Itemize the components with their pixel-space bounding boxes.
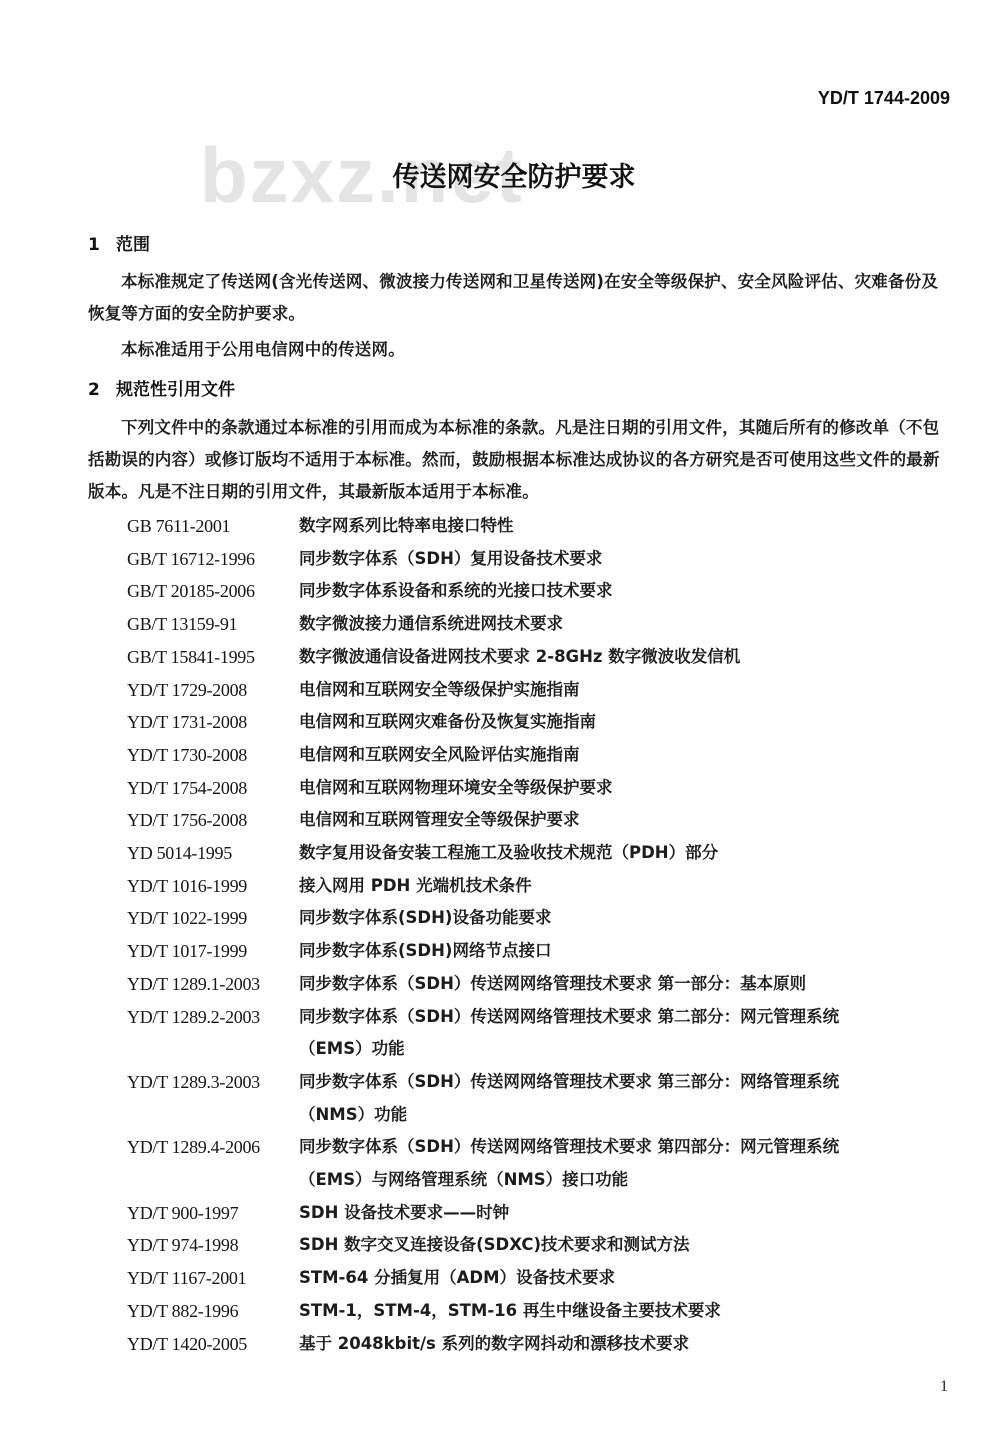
reference-title: 同步数字体系(SDH)设备功能要求 [299, 902, 957, 935]
reference-title: STM-1，STM-4，STM-16 再生中继设备主要技术要求 [299, 1295, 957, 1328]
reference-title: 同步数字体系（SDH）复用设备技术要求 [299, 543, 957, 576]
reference-code: YD/T 1420-2005 [127, 1328, 299, 1361]
reference-code: GB/T 15841-1995 [127, 641, 299, 674]
reference-title-line: 电信网和互联网安全等级保护实施指南 [299, 674, 957, 707]
reference-code: YD/T 1017-1999 [127, 935, 299, 968]
reference-title: STM-64 分插复用（ADM）设备技术要求 [299, 1262, 957, 1295]
reference-title-line: 同步数字体系（SDH）传送网网络管理技术要求 第四部分：网元管理系统 [299, 1131, 957, 1164]
section-number: 2 [88, 380, 116, 400]
section-title: 规范性引用文件 [116, 380, 235, 400]
reference-title-line: 同步数字体系设备和系统的光接口技术要求 [299, 575, 957, 608]
reference-title-line: SDH 设备技术要求——时钟 [299, 1197, 957, 1230]
reference-title-line: STM-64 分插复用（ADM）设备技术要求 [299, 1262, 957, 1295]
reference-title-line: 电信网和互联网管理安全等级保护要求 [299, 804, 957, 837]
reference-code: YD/T 900-1997 [127, 1197, 299, 1230]
reference-title-line: 数字网系列比特率电接口特性 [299, 510, 957, 543]
reference-item: GB/T 20185-2006同步数字体系设备和系统的光接口技术要求 [127, 575, 957, 608]
reference-item: YD/T 1420-2005基于 2048kbit/s 系列的数字网抖动和漂移技… [127, 1328, 957, 1361]
reference-title-line: 同步数字体系（SDH）传送网网络管理技术要求 第一部分：基本原则 [299, 968, 957, 1001]
reference-title: 电信网和互联网安全等级保护实施指南 [299, 674, 957, 707]
section-number: 1 [88, 235, 116, 255]
reference-item: YD/T 974-1998SDH 数字交叉连接设备(SDXC)技术要求和测试方法 [127, 1229, 957, 1262]
reference-title-line: （EMS）与网络管理系统（NMS）接口功能 [299, 1164, 957, 1197]
reference-title: 同步数字体系设备和系统的光接口技术要求 [299, 575, 957, 608]
reference-code: YD/T 1756-2008 [127, 804, 299, 837]
reference-item: GB/T 16712-1996同步数字体系（SDH）复用设备技术要求 [127, 543, 957, 576]
reference-title: 数字微波接力通信系统进网技术要求 [299, 608, 957, 641]
reference-code: GB/T 20185-2006 [127, 575, 299, 608]
reference-item: YD/T 1729-2008电信网和互联网安全等级保护实施指南 [127, 674, 957, 707]
reference-title: 接入网用 PDH 光端机技术条件 [299, 870, 957, 903]
reference-title-line: 电信网和互联网物理环境安全等级保护要求 [299, 772, 957, 805]
reference-item: YD/T 1754-2008电信网和互联网物理环境安全等级保护要求 [127, 772, 957, 805]
reference-item: YD/T 1016-1999接入网用 PDH 光端机技术条件 [127, 870, 957, 903]
reference-item: YD/T 1289.4-2006同步数字体系（SDH）传送网网络管理技术要求 第… [127, 1131, 957, 1196]
reference-code: YD/T 1731-2008 [127, 706, 299, 739]
reference-title-line: SDH 数字交叉连接设备(SDXC)技术要求和测试方法 [299, 1229, 957, 1262]
reference-title: 电信网和互联网管理安全等级保护要求 [299, 804, 957, 837]
reference-title: 同步数字体系（SDH）传送网网络管理技术要求 第一部分：基本原则 [299, 968, 957, 1001]
reference-title-line: 电信网和互联网安全风险评估实施指南 [299, 739, 957, 772]
reference-code: GB/T 13159-91 [127, 608, 299, 641]
reference-title: SDH 数字交叉连接设备(SDXC)技术要求和测试方法 [299, 1229, 957, 1262]
reference-code: GB/T 16712-1996 [127, 543, 299, 576]
reference-item: YD 5014-1995数字复用设备安装工程施工及验收技术规范（PDH）部分 [127, 837, 957, 870]
reference-code: YD/T 1022-1999 [127, 902, 299, 935]
reference-code: YD/T 1016-1999 [127, 870, 299, 903]
standard-code: YD/T 1744-2009 [818, 88, 950, 109]
section-heading-scope: 1范围 [88, 230, 150, 255]
reference-code: YD/T 1754-2008 [127, 772, 299, 805]
reference-title-line: 数字复用设备安装工程施工及验收技术规范（PDH）部分 [299, 837, 957, 870]
reference-title-line: STM-1，STM-4，STM-16 再生中继设备主要技术要求 [299, 1295, 957, 1328]
reference-code: YD/T 1289.3-2003 [127, 1066, 299, 1099]
reference-code: YD/T 1289.1-2003 [127, 968, 299, 1001]
reference-item: YD/T 1017-1999同步数字体系(SDH)网络节点接口 [127, 935, 957, 968]
reference-title-line: 数字微波通信设备进网技术要求 2-8GHz 数字微波收发信机 [299, 641, 957, 674]
reference-code: YD/T 1730-2008 [127, 739, 299, 772]
reference-code: YD/T 1289.4-2006 [127, 1131, 299, 1164]
reference-title-line: 同步数字体系（SDH）复用设备技术要求 [299, 543, 957, 576]
reference-code: YD/T 1729-2008 [127, 674, 299, 707]
reference-title: 同步数字体系（SDH）传送网网络管理技术要求 第四部分：网元管理系统（EMS）与… [299, 1131, 957, 1196]
reference-code: YD/T 1289.2-2003 [127, 1001, 299, 1034]
reference-title: 电信网和互联网物理环境安全等级保护要求 [299, 772, 957, 805]
reference-code: YD/T 882-1996 [127, 1295, 299, 1328]
reference-item: YD/T 1289.2-2003同步数字体系（SDH）传送网网络管理技术要求 第… [127, 1001, 957, 1066]
reference-title-line: 同步数字体系（SDH）传送网网络管理技术要求 第三部分：网络管理系统 [299, 1066, 957, 1099]
reference-code: GB 7611-2001 [127, 510, 299, 543]
document-title: 传送网安全防护要求 [0, 155, 1000, 194]
reference-code: YD/T 1167-2001 [127, 1262, 299, 1295]
references-intro-paragraph: 下列文件中的条款通过本标准的引用而成为本标准的条款。凡是注日期的引用文件，其随后… [88, 412, 950, 508]
reference-title-line: 同步数字体系（SDH）传送网网络管理技术要求 第二部分：网元管理系统 [299, 1001, 957, 1034]
reference-title-line: 基于 2048kbit/s 系列的数字网抖动和漂移技术要求 [299, 1328, 957, 1361]
section-title: 范围 [116, 235, 150, 255]
reference-item: GB 7611-2001数字网系列比特率电接口特性 [127, 510, 957, 543]
reference-title: 同步数字体系（SDH）传送网网络管理技术要求 第三部分：网络管理系统（NMS）功… [299, 1066, 957, 1131]
reference-title: 基于 2048kbit/s 系列的数字网抖动和漂移技术要求 [299, 1328, 957, 1361]
reference-item: YD/T 1289.3-2003同步数字体系（SDH）传送网网络管理技术要求 第… [127, 1066, 957, 1131]
reference-item: YD/T 1756-2008电信网和互联网管理安全等级保护要求 [127, 804, 957, 837]
reference-title-line: （NMS）功能 [299, 1099, 957, 1132]
reference-title-line: 数字微波接力通信系统进网技术要求 [299, 608, 957, 641]
reference-title-line: （EMS）功能 [299, 1033, 957, 1066]
reference-item: YD/T 1289.1-2003同步数字体系（SDH）传送网网络管理技术要求 第… [127, 968, 957, 1001]
reference-item: YD/T 1022-1999同步数字体系(SDH)设备功能要求 [127, 902, 957, 935]
section-heading-normative-references: 2规范性引用文件 [88, 375, 235, 400]
reference-title: 同步数字体系(SDH)网络节点接口 [299, 935, 957, 968]
reference-title-line: 同步数字体系(SDH)设备功能要求 [299, 902, 957, 935]
reference-title: 电信网和互联网灾难备份及恢复实施指南 [299, 706, 957, 739]
scope-paragraph-2: 本标准适用于公用电信网中的传送网。 [88, 334, 950, 366]
reference-item: YD/T 1730-2008电信网和互联网安全风险评估实施指南 [127, 739, 957, 772]
reference-item: YD/T 882-1996STM-1，STM-4，STM-16 再生中继设备主要… [127, 1295, 957, 1328]
reference-item: YD/T 1167-2001STM-64 分插复用（ADM）设备技术要求 [127, 1262, 957, 1295]
reference-title: 同步数字体系（SDH）传送网网络管理技术要求 第二部分：网元管理系统（EMS）功… [299, 1001, 957, 1066]
reference-title-line: 电信网和互联网灾难备份及恢复实施指南 [299, 706, 957, 739]
reference-title: 数字网系列比特率电接口特性 [299, 510, 957, 543]
reference-title: SDH 设备技术要求——时钟 [299, 1197, 957, 1230]
reference-item: GB/T 13159-91数字微波接力通信系统进网技术要求 [127, 608, 957, 641]
reference-code: YD 5014-1995 [127, 837, 299, 870]
reference-title: 数字复用设备安装工程施工及验收技术规范（PDH）部分 [299, 837, 957, 870]
reference-title: 数字微波通信设备进网技术要求 2-8GHz 数字微波收发信机 [299, 641, 957, 674]
scope-paragraph-1: 本标准规定了传送网(含光传送网、微波接力传送网和卫星传送网)在安全等级保护、安全… [88, 266, 950, 330]
reference-title-line: 接入网用 PDH 光端机技术条件 [299, 870, 957, 903]
reference-code: YD/T 974-1998 [127, 1229, 299, 1262]
reference-item: YD/T 1731-2008电信网和互联网灾难备份及恢复实施指南 [127, 706, 957, 739]
reference-title-line: 同步数字体系(SDH)网络节点接口 [299, 935, 957, 968]
reference-list: GB 7611-2001数字网系列比特率电接口特性GB/T 16712-1996… [127, 510, 957, 1360]
page-number: 1 [940, 1378, 948, 1396]
reference-item: YD/T 900-1997SDH 设备技术要求——时钟 [127, 1197, 957, 1230]
reference-item: GB/T 15841-1995数字微波通信设备进网技术要求 2-8GHz 数字微… [127, 641, 957, 674]
reference-title: 电信网和互联网安全风险评估实施指南 [299, 739, 957, 772]
